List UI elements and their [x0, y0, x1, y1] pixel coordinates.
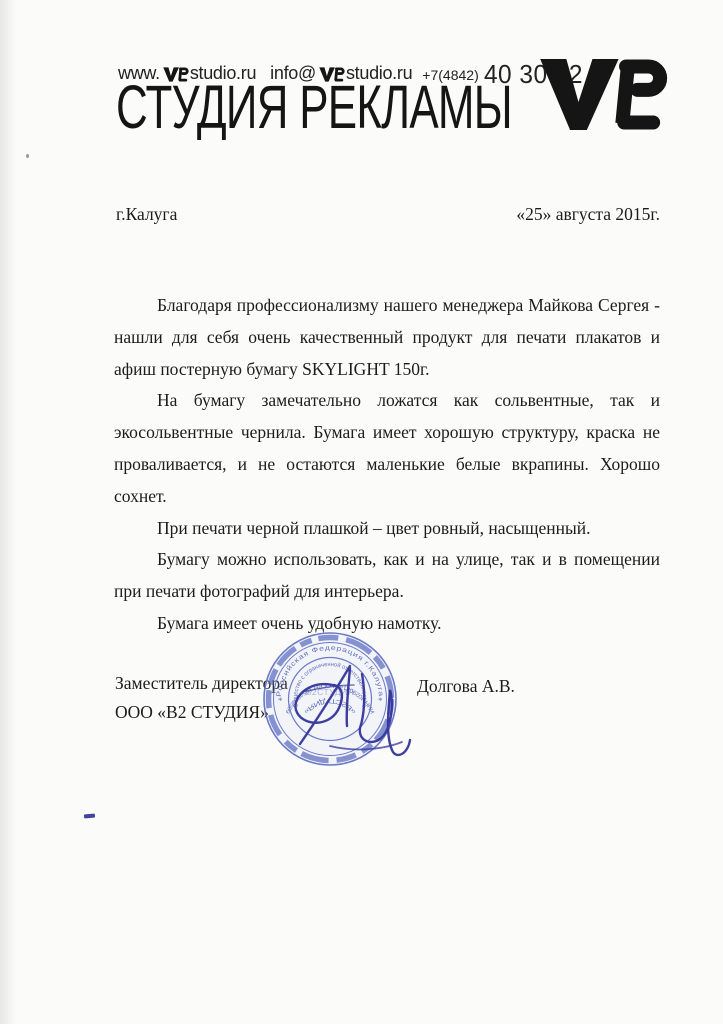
- handwritten-signature: [250, 640, 445, 772]
- paragraph: Бумагу можно использовать, как и на улиц…: [114, 544, 660, 608]
- paragraph: При печати черной плашкой – цвет ровный,…: [114, 513, 660, 545]
- speck-artifact: [26, 154, 29, 158]
- ink-mark-artifact: [84, 814, 95, 819]
- paragraph: На бумагу замечательно ложатся как сольв…: [114, 385, 660, 512]
- scanned-letter-page: www.studio.ru info@studio.ru +7(4842) 40…: [0, 0, 723, 1024]
- company-title: СТУДИЯ РЕКЛАМЫ: [116, 79, 512, 135]
- v2-logo-icon: [529, 57, 669, 132]
- letter-city: г.Калуга: [116, 204, 177, 225]
- letter-body: Благодаря профессионализму нашего менедж…: [114, 290, 660, 640]
- letter-date: «25» августа 2015г.: [516, 204, 660, 225]
- signer-position-line2: ООО «В2 СТУДИЯ»: [115, 702, 269, 723]
- paragraph: Благодаря профессионализму нашего менедж…: [114, 290, 660, 385]
